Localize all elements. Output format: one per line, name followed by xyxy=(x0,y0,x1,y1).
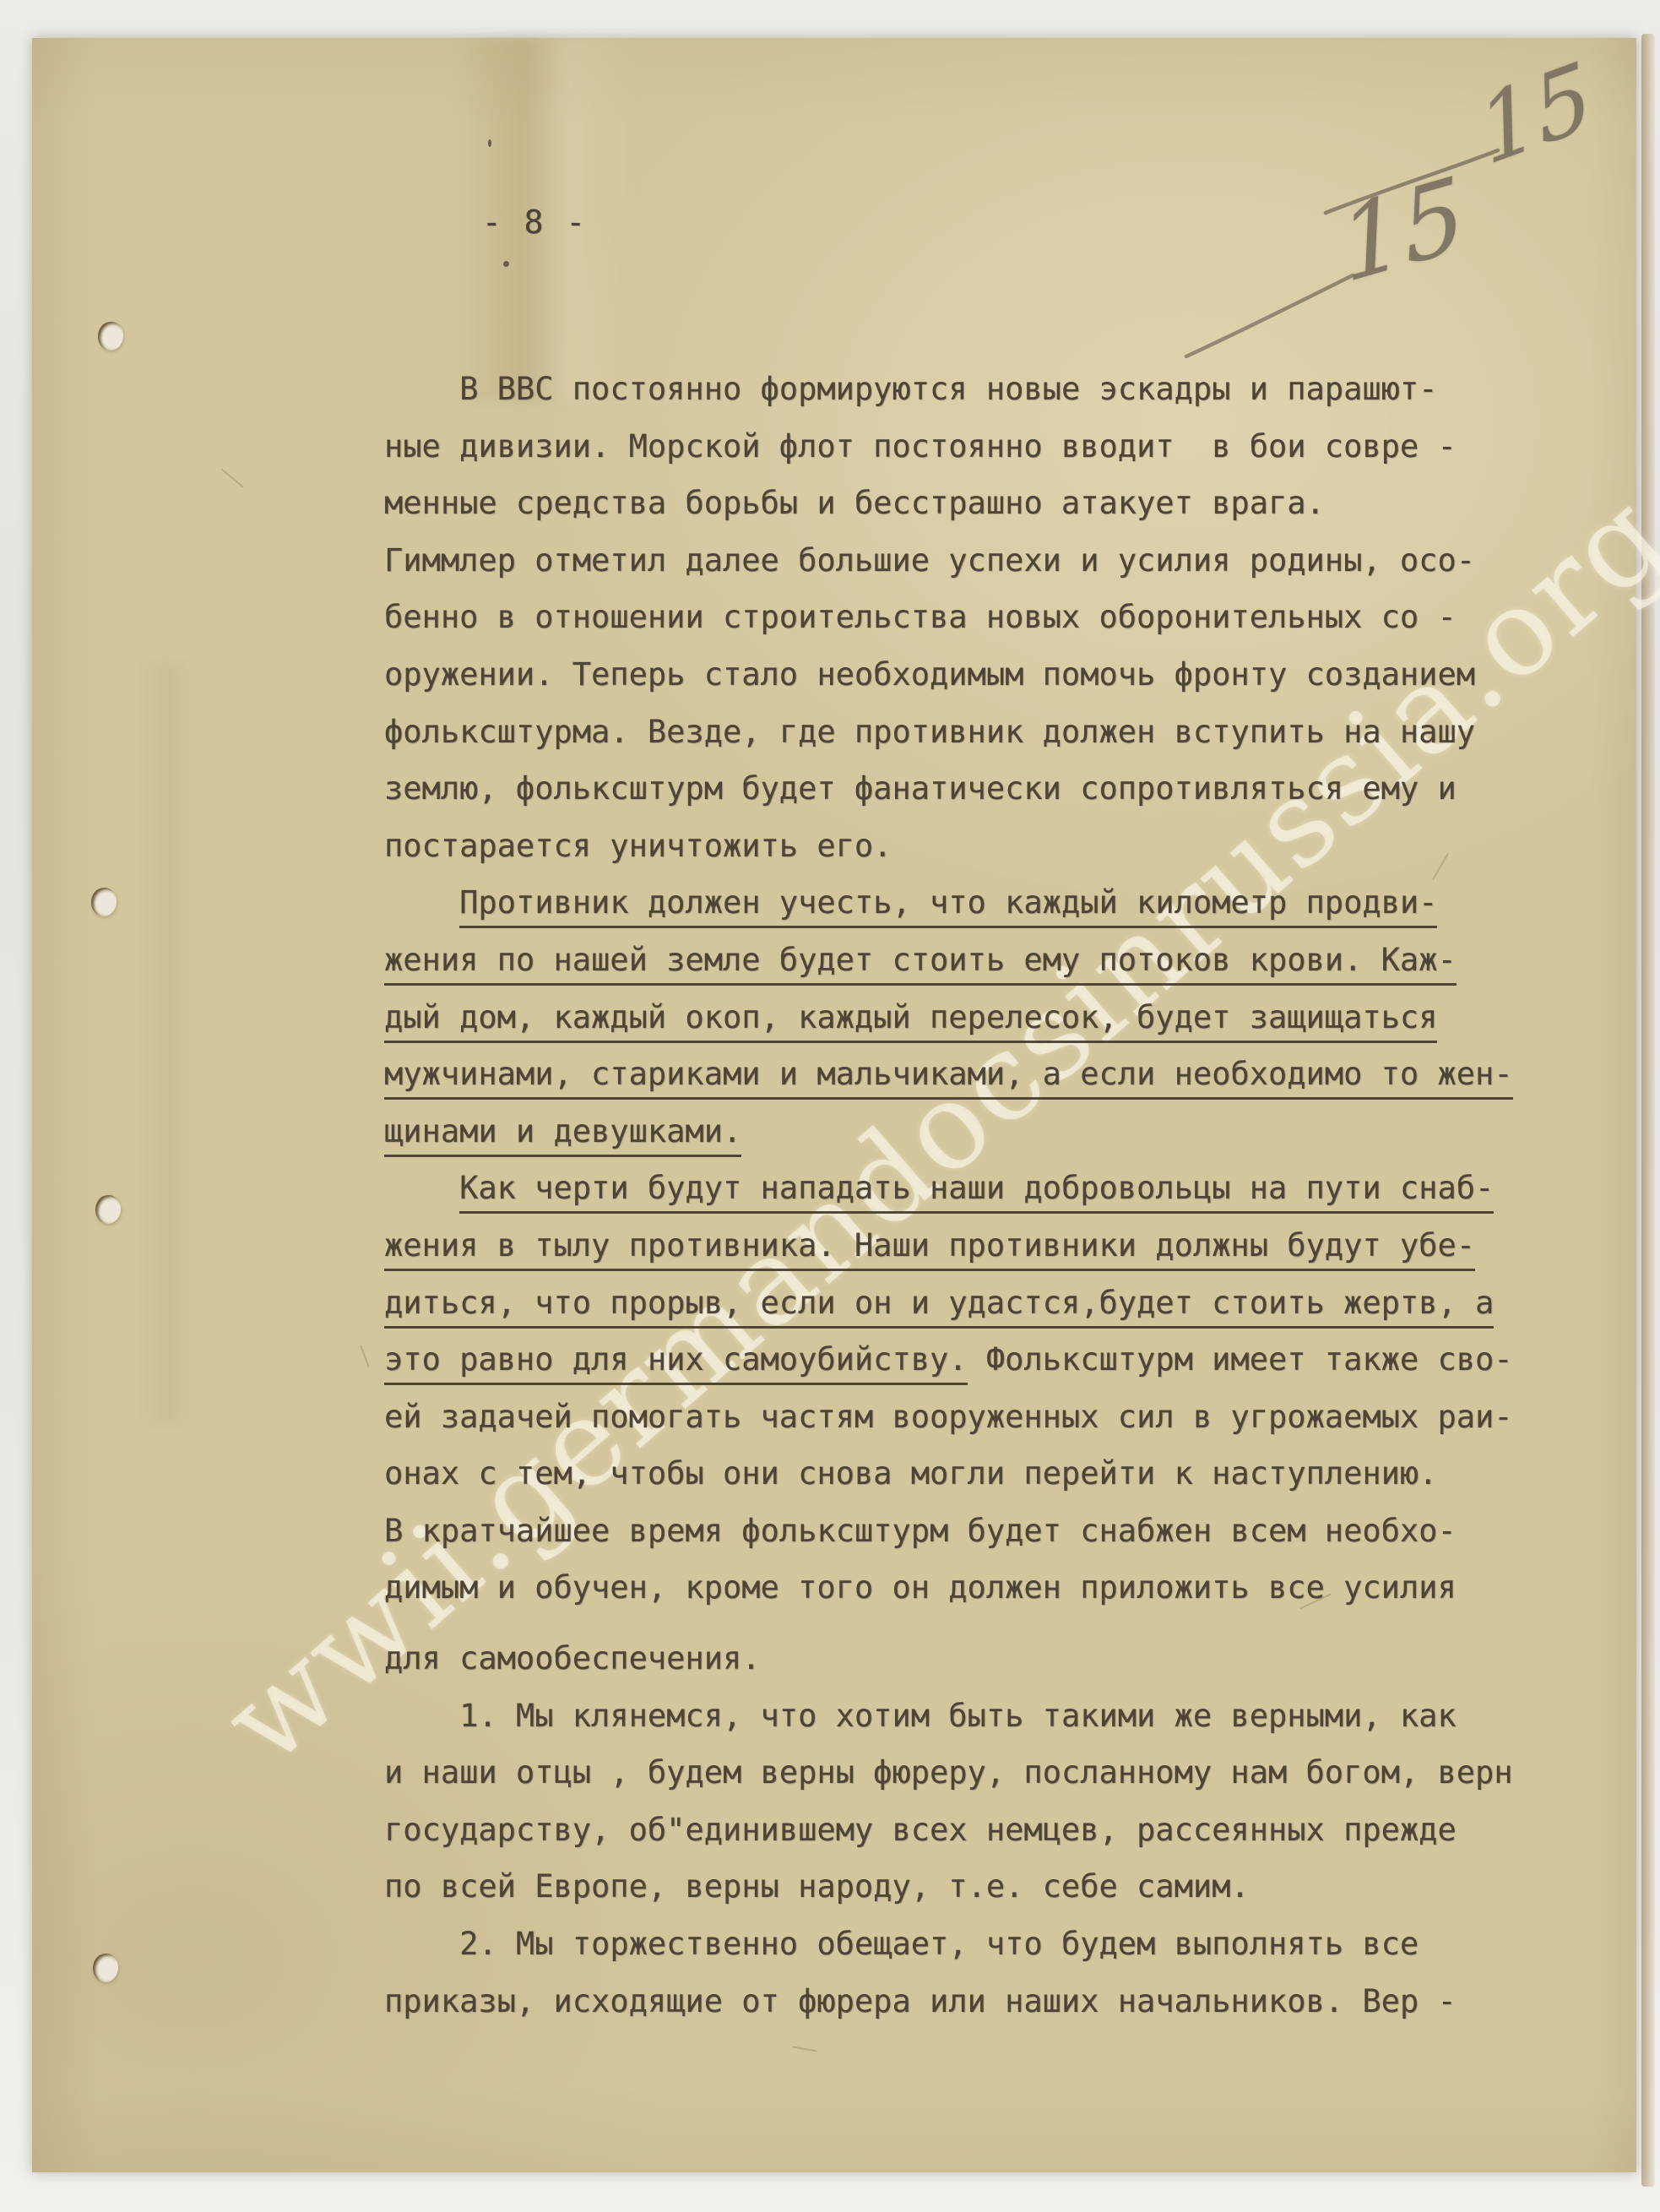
text-line: оружении. Теперь стало необходимым помоч… xyxy=(384,646,1533,704)
text-line: для самообеспечения. xyxy=(384,1630,1533,1688)
text-line: мужчинами, стариками и мальчиками, а есл… xyxy=(384,1046,1533,1103)
text-line: щинами и девушками. xyxy=(384,1103,1533,1160)
ink-speck xyxy=(488,139,491,147)
text-line: государству, об"единившему всех немцев, … xyxy=(384,1802,1533,1859)
text-line: Противник должен учесть, что каждый кило… xyxy=(384,874,1533,932)
typewritten-text: В ВВС постоянно формируются новые эскадр… xyxy=(384,361,1533,2030)
ink-speck xyxy=(503,261,509,267)
text-line: Как черти будут нападать наши добровольц… xyxy=(384,1160,1533,1217)
text-line: Гиммлер отметил далее большие успехи и у… xyxy=(384,532,1533,590)
text-line: постарается уничтожить его. xyxy=(384,818,1533,875)
text-line: онах с тем, чтобы они снова могли перейт… xyxy=(384,1445,1533,1503)
text-line: бенно в отношении строительства новых об… xyxy=(384,589,1533,646)
document-page: wwii.germandocsinrussia.org - 8 - 15 15 … xyxy=(32,38,1636,2172)
text-line: В кратчайшее время фольксштурм будет сна… xyxy=(384,1503,1533,1560)
scanner-background: wwii.germandocsinrussia.org - 8 - 15 15 … xyxy=(0,0,1660,2212)
text-line: В ВВС постоянно формируются новые эскадр… xyxy=(384,361,1533,418)
text-line: фольксштурма. Везде, где противник долже… xyxy=(384,704,1533,761)
text-line: ные дивизии. Морской флот постоянно ввод… xyxy=(384,418,1533,476)
text-line: землю, фольксштурм будет фанатически соп… xyxy=(384,760,1533,818)
text-line: ей задачей помогать частям вооруженных с… xyxy=(384,1389,1533,1446)
underlying-page-edge xyxy=(1641,34,1655,2187)
text-line: это равно для них самоубийству. Фольксшт… xyxy=(384,1331,1533,1389)
text-line: дый дом, каждый окоп, каждый перелесок, … xyxy=(384,989,1533,1046)
text-line: приказы, исходящие от фюрера или наших н… xyxy=(384,1973,1533,2030)
text-line: по всей Европе, верны народу, т.е. себе … xyxy=(384,1858,1533,1916)
text-line: 2. Мы торжественно обещает, что будем вы… xyxy=(384,1916,1533,1973)
text-line: димым и обучен, кроме того он должен при… xyxy=(384,1559,1533,1617)
text-line: менные средства борьбы и бесстрашно атак… xyxy=(384,475,1533,532)
text-line: и наши отцы , будем верны фюреру, послан… xyxy=(384,1744,1533,1802)
text-line: жения в тылу противника. Наши противники… xyxy=(384,1217,1533,1274)
text-line: жения по нашей земле будет стоить ему по… xyxy=(384,932,1533,989)
text-line: диться, что прорыв, если он и удастся,бу… xyxy=(384,1274,1533,1332)
text-line: 1. Мы клянемся, что хотим быть такими же… xyxy=(384,1688,1533,1745)
